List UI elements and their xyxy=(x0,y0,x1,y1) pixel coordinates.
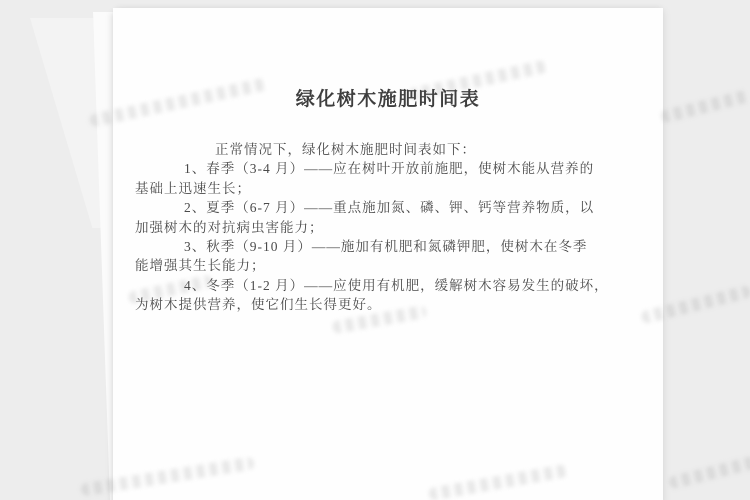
paragraph-item-3-line-1: 3、秋季（9-10 月）——施加有机肥和氮磷钾肥，使树木在冬季 xyxy=(135,237,635,256)
paragraph-intro: 正常情况下，绿化树木施肥时间表如下： xyxy=(135,140,635,159)
paragraph-item-2-line-1: 2、夏季（6-7 月）——重点施加氮、磷、钾、钙等营养物质，以 xyxy=(135,198,635,217)
scanned-document-background: 绿化树木施肥时间表 正常情况下，绿化树木施肥时间表如下： 1、春季（3-4 月）… xyxy=(0,0,750,500)
watermark-streak xyxy=(660,89,750,123)
document-body: 正常情况下，绿化树木施肥时间表如下： 1、春季（3-4 月）——应在树叶开放前施… xyxy=(135,140,635,315)
paragraph-item-1-line-1: 1、春季（3-4 月）——应在树叶开放前施肥，使树木能从营养的 xyxy=(135,159,635,178)
document-page: 绿化树木施肥时间表 正常情况下，绿化树木施肥时间表如下： 1、春季（3-4 月）… xyxy=(113,8,663,500)
paragraph-item-1-line-2: 基础上迅速生长； xyxy=(135,179,635,198)
watermark-streak xyxy=(668,455,750,489)
paragraph-item-3-line-2: 能增强其生长能力； xyxy=(135,256,635,275)
paragraph-item-2-line-2: 加强树木的对抗病虫害能力； xyxy=(135,218,635,237)
